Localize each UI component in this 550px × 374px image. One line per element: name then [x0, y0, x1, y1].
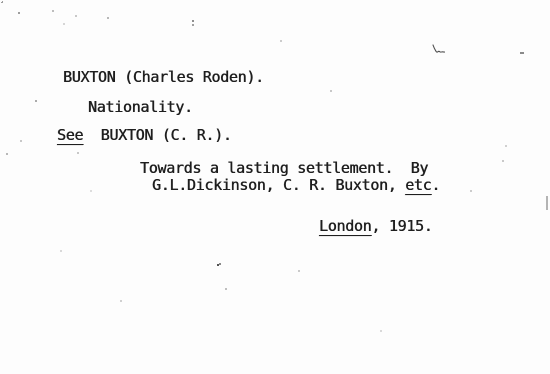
handwritten-tick-mark — [431, 44, 449, 56]
scan-noise-specks — [0, 0, 2, 2]
title-line-2-authors: G.L.Dickinson, C. R. Buxton, — [152, 176, 405, 194]
imprint-place: London — [319, 217, 371, 235]
heading-author: BUXTON (Charles Roden). — [63, 70, 264, 85]
see-reference-target: BUXTON (C. R.). — [83, 126, 231, 144]
ink-speck-dash — [520, 52, 524, 54]
scan-edge-artifact — [546, 196, 548, 210]
etc-underlined: etc — [405, 176, 431, 194]
title-line-1: Towards a lasting settlement. By — [140, 161, 428, 176]
title-line-2-period: . — [431, 176, 440, 194]
imprint-date: , 1915. — [371, 217, 432, 235]
imprint-line: London, 1915. — [319, 219, 433, 234]
title-line-2: G.L.Dickinson, C. R. Buxton, etc. — [152, 178, 440, 193]
see-reference-line: See BUXTON (C. R.). — [57, 128, 232, 143]
see-label: See — [57, 126, 83, 144]
catalog-card-scan: BUXTON (Charles Roden). Nationality. See… — [0, 0, 550, 374]
subject-entry: Nationality. — [88, 100, 193, 115]
